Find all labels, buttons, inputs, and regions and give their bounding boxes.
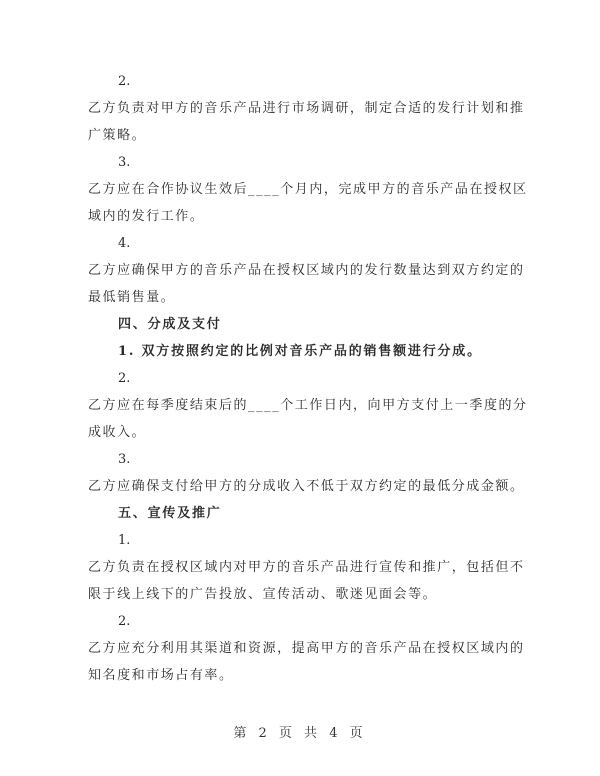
paragraph-line: 乙方负责在授权区域内对甲方的音乐产品进行宣传和推广，包括但不 [88, 554, 508, 581]
document-page: 2. 乙方负责对甲方的音乐产品进行市场调研，制定合适的发行计划和推 广策略。 3… [0, 0, 600, 776]
paragraph-line: 乙方应充分利用其渠道和资源，提高甲方的音乐产品在授权区域内的 [88, 635, 508, 662]
paragraph-line: 域内的发行工作。 [88, 203, 508, 230]
paragraph-line: 乙方应在每季度结束后的____个工作日内，向甲方支付上一季度的分 [88, 392, 508, 419]
paragraph-line: 乙方负责对甲方的音乐产品进行市场调研，制定合适的发行计划和推 [88, 95, 508, 122]
section-heading: 四、分成及支付 [88, 311, 508, 338]
paragraph-line: 乙方应确保甲方的音乐产品在授权区域内的发行数量达到双方约定的 [88, 257, 508, 284]
paragraph-line: 乙方应在合作协议生效后____个月内，完成甲方的音乐产品在授权区 [88, 176, 508, 203]
document-body: 2. 乙方负责对甲方的音乐产品进行市场调研，制定合适的发行计划和推 广策略。 3… [88, 68, 508, 689]
paragraph-line: 乙方应确保支付给甲方的分成收入不低于双方约定的最低分成金额。 [88, 473, 508, 500]
section-heading: 五、宣传及推广 [88, 500, 508, 527]
paragraph-line: 成收入。 [88, 419, 508, 446]
bold-clause: 1. 双方按照约定的比例对音乐产品的销售额进行分成。 [88, 338, 508, 365]
item-number: 3. [88, 446, 508, 473]
paragraph-line: 知名度和市场占有率。 [88, 662, 508, 689]
paragraph-line: 限于线上线下的广告投放、宣传活动、歌迷见面会等。 [88, 581, 508, 608]
item-number: 2. [88, 68, 508, 95]
item-number: 4. [88, 230, 508, 257]
paragraph-line: 广策略。 [88, 122, 508, 149]
item-number: 2. [88, 608, 508, 635]
item-number: 3. [88, 149, 508, 176]
paragraph-line: 最低销售量。 [88, 284, 508, 311]
item-number: 1. [88, 527, 508, 554]
page-footer: 第 2 页 共 4 页 [0, 722, 600, 741]
item-number: 2. [88, 365, 508, 392]
